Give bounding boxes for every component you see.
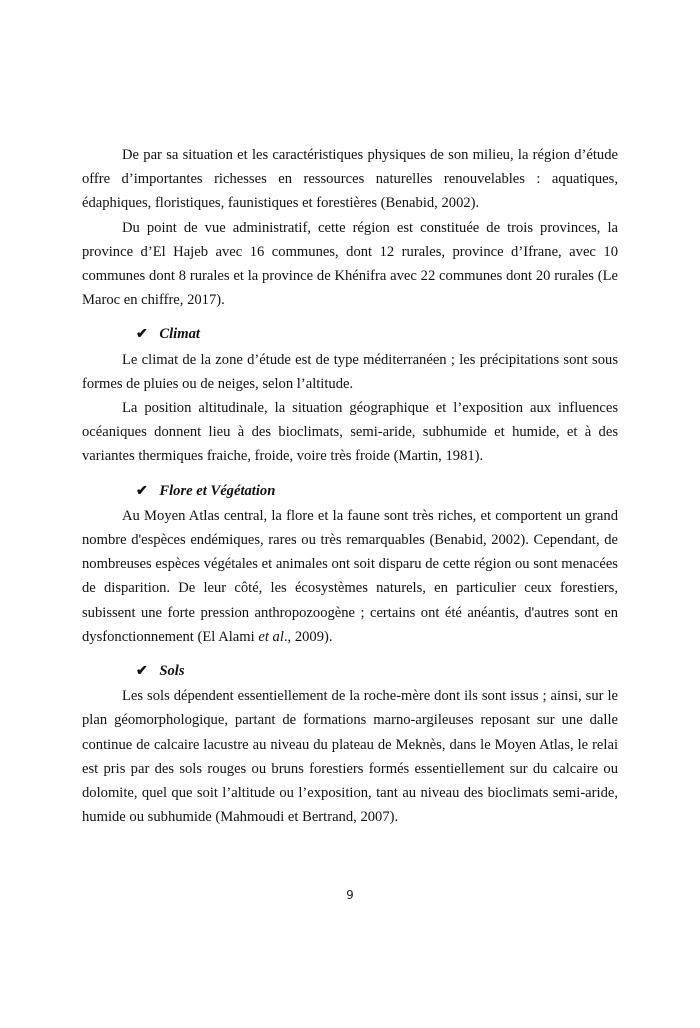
citation-italic: et al [258, 629, 284, 645]
citation-prefix: (El Alami [198, 629, 259, 645]
climat-paragraph-1: Le climat de la zone d’étude est de type… [82, 348, 618, 396]
document-page: De par sa situation et les caractéristiq… [82, 143, 618, 829]
sols-paragraph-1: Les sols dépendent essentiellement de la… [82, 684, 618, 829]
page-number: 9 [0, 888, 700, 902]
checkmark-icon: ✔ [136, 664, 148, 679]
intro-paragraph-1: De par sa situation et les caractéristiq… [82, 143, 618, 216]
flore-paragraph-1: Au Moyen Atlas central, la flore et la f… [82, 504, 618, 649]
section-title: Flore et Végétation [159, 483, 275, 499]
citation-suffix: ., 2009). [284, 629, 333, 645]
checkmark-icon: ✔ [136, 484, 148, 499]
flore-paragraph-text: Au Moyen Atlas central, la flore et la f… [82, 508, 618, 645]
section-heading-flore: ✔ Flore et Végétation [82, 479, 618, 504]
section-heading-climat: ✔ Climat [82, 322, 618, 347]
section-title: Climat [159, 326, 200, 342]
checkmark-icon: ✔ [136, 327, 148, 342]
intro-paragraph-2: Du point de vue administratif, cette rég… [82, 216, 618, 313]
section-title: Sols [159, 663, 184, 679]
climat-paragraph-2: La position altitudinale, la situation g… [82, 396, 618, 469]
section-heading-sols: ✔ Sols [82, 659, 618, 684]
